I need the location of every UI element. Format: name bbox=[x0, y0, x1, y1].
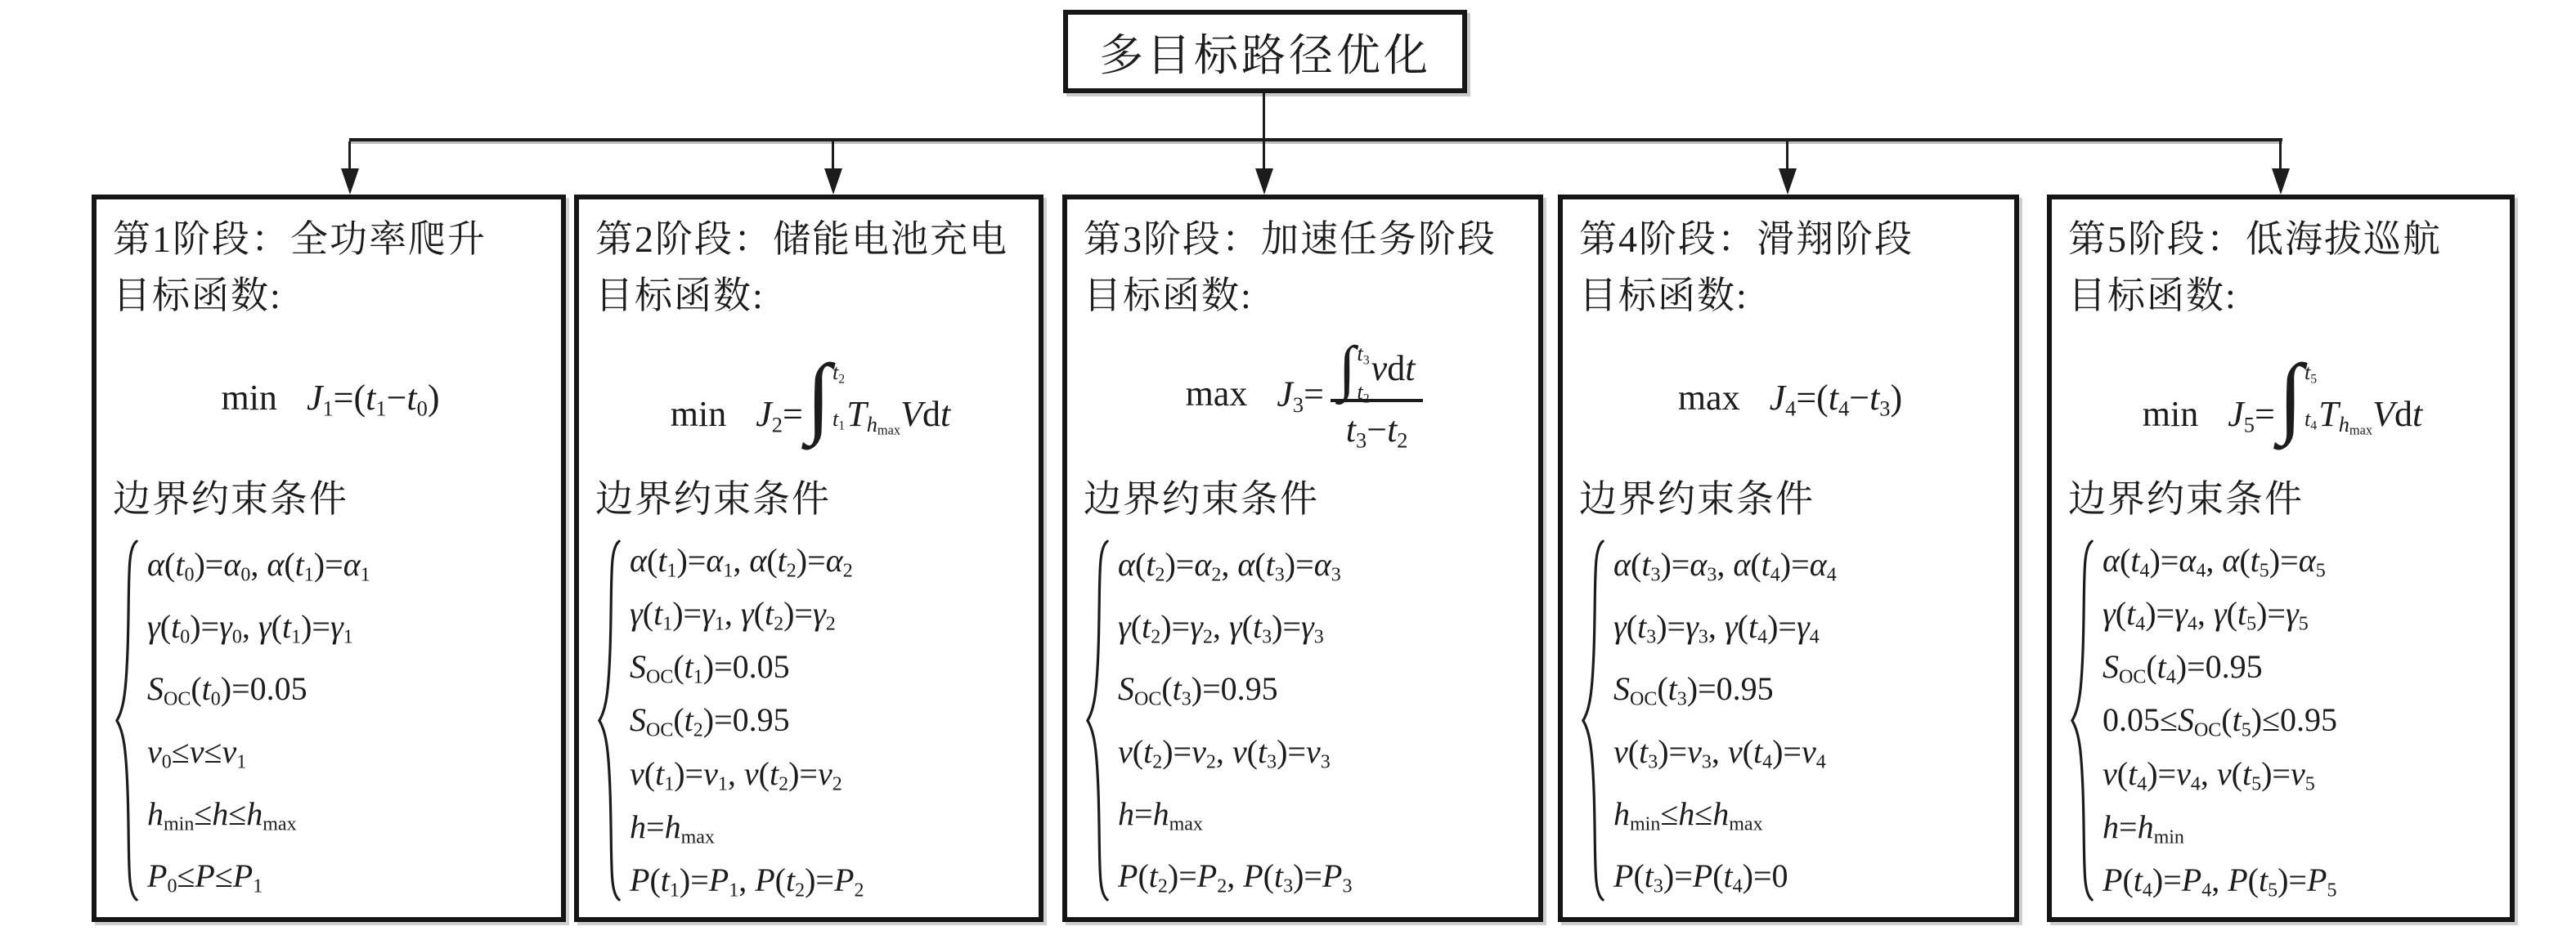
constraint-line: SOC(t0)=0.05 bbox=[147, 671, 548, 707]
stage-1-box: 第1阶段：全功率爬升 目标函数: minJ1=(t1−t0) 边界约束条件 α(… bbox=[92, 195, 566, 922]
constraint-line: P(t3)=P(t4)=0 bbox=[1613, 858, 2001, 894]
connector-line-4 bbox=[1786, 141, 1788, 171]
left-brace-icon bbox=[1084, 534, 1111, 907]
stage-2-title: 第2阶段：储能电池充电 bbox=[595, 211, 1025, 267]
stage-5-box: 第5阶段：低海拔巡航 目标函数: minJ5=∫t5t4ThmaxVdt 边界约… bbox=[2047, 195, 2515, 922]
constraint-line: α(t0)=α0, α(t1)=α1 bbox=[147, 547, 548, 583]
connector-horizontal-line bbox=[349, 138, 2282, 141]
constraint-line: v0≤v≤v1 bbox=[147, 734, 548, 770]
down-arrow-icon bbox=[1255, 168, 1273, 195]
left-brace-icon bbox=[1579, 534, 1607, 907]
stage-5-constraints-label: 边界约束条件 bbox=[2068, 471, 2497, 527]
stage-4-box: 第4阶段：滑翔阶段 目标函数: maxJ4=(t4−t3) 边界约束条件 α(t… bbox=[1558, 195, 2019, 922]
stage-1-objective-label: 目标函数: bbox=[113, 267, 548, 324]
constraint-line: hmin≤h≤hmax bbox=[1613, 796, 2001, 832]
stage-2-constraints-label: 边界约束条件 bbox=[595, 471, 1025, 527]
stage-5-objective-label: 目标函数: bbox=[2068, 267, 2497, 324]
stage-2-constraints-list: α(t1)=α1, α(t2)=α2 γ(t1)=γ1, γ(t2)=γ2 SO… bbox=[630, 534, 1025, 907]
constraint-line: α(t3)=α3, α(t4)=α4 bbox=[1613, 547, 2001, 583]
constraint-line: SOC(t3)=0.95 bbox=[1613, 671, 2001, 707]
constraint-line: γ(t0)=γ0, γ(t1)=γ1 bbox=[147, 609, 548, 645]
constraint-line: h=hmax bbox=[630, 809, 1025, 845]
constraint-line: γ(t3)=γ3, γ(t4)=γ4 bbox=[1613, 609, 2001, 645]
down-arrow-icon bbox=[1779, 168, 1797, 195]
constraint-line: SOC(t1)=0.05 bbox=[630, 649, 1025, 685]
constraint-line: α(t2)=α2, α(t3)=α3 bbox=[1118, 547, 1525, 583]
stage-3-title: 第3阶段：加速任务阶段 bbox=[1084, 211, 1525, 267]
constraint-line: SOC(t3)=0.95 bbox=[1118, 671, 1525, 707]
constraint-line: γ(t1)=γ1, γ(t2)=γ2 bbox=[630, 596, 1025, 632]
constraint-line: v(t2)=v2, v(t3)=v3 bbox=[1118, 734, 1525, 770]
stage-1-constraints-list: α(t0)=α0, α(t1)=α1 γ(t0)=γ0, γ(t1)=γ1 SO… bbox=[147, 534, 548, 907]
constraint-line: 0.05≤SOC(t5)≤0.95 bbox=[2103, 702, 2497, 738]
stage-4-constraints-list: α(t3)=α3, α(t4)=α4 γ(t3)=γ3, γ(t4)=γ4 SO… bbox=[1613, 534, 2001, 907]
connector-line-3 bbox=[1263, 141, 1265, 171]
stage-4-objective-formula: maxJ4=(t4−t3) bbox=[1678, 377, 1902, 419]
flowchart-canvas: 多目标路径优化 第1阶段：全功率爬升 目标函数: minJ1=(t1−t0) 边… bbox=[0, 0, 2576, 931]
constraint-line: h=hmax bbox=[1118, 796, 1525, 832]
constraint-line: v(t1)=v1, v(t2)=v2 bbox=[630, 756, 1025, 792]
stage-3-objective-formula: maxJ3=∫t3t2vdtt3−t2 bbox=[1186, 344, 1424, 451]
stage-4-objective-label: 目标函数: bbox=[1579, 267, 2001, 324]
constraint-line: γ(t2)=γ2, γ(t3)=γ3 bbox=[1118, 609, 1525, 645]
stage-1-constraints-label: 边界约束条件 bbox=[113, 471, 548, 527]
down-arrow-icon bbox=[824, 168, 842, 195]
constraint-line: γ(t4)=γ4, γ(t5)=γ5 bbox=[2103, 596, 2497, 632]
stage-5-constraints-list: α(t4)=α4, α(t5)=α5 γ(t4)=γ4, γ(t5)=γ5 SO… bbox=[2103, 534, 2497, 907]
stage-4-constraints-label: 边界约束条件 bbox=[1579, 471, 2001, 527]
connector-line-2 bbox=[832, 141, 834, 171]
constraint-line: SOC(t2)=0.95 bbox=[630, 702, 1025, 738]
stage-2-box: 第2阶段：储能电池充电 目标函数: minJ2=∫t2t1ThmaxVdt 边界… bbox=[574, 195, 1043, 922]
connector-line-5 bbox=[2279, 141, 2282, 171]
constraint-line: P(t4)=P4, P(t5)=P5 bbox=[2103, 862, 2497, 898]
constraint-line: h=hmin bbox=[2103, 809, 2497, 845]
stage-2-objective-formula: minJ2=∫t2t1ThmaxVdt bbox=[671, 360, 950, 435]
root-node-box: 多目标路径优化 bbox=[1063, 10, 1467, 93]
left-brace-icon bbox=[2068, 534, 2096, 907]
stage-5-objective-formula: minJ5=∫t5t4ThmaxVdt bbox=[2143, 360, 2422, 435]
constraint-line: SOC(t4)=0.95 bbox=[2103, 649, 2497, 685]
connector-stem bbox=[1263, 93, 1265, 141]
stage-5-title: 第5阶段：低海拔巡航 bbox=[2068, 211, 2497, 267]
constraint-line: P(t2)=P2, P(t3)=P3 bbox=[1118, 858, 1525, 894]
down-arrow-icon bbox=[2272, 168, 2290, 195]
stage-1-title: 第1阶段：全功率爬升 bbox=[113, 211, 548, 267]
stage-2-objective-label: 目标函数: bbox=[595, 267, 1025, 324]
left-brace-icon bbox=[113, 534, 141, 907]
constraint-line: hmin≤h≤hmax bbox=[147, 796, 548, 832]
stage-3-constraints-list: α(t2)=α2, α(t3)=α3 γ(t2)=γ2, γ(t3)=γ3 SO… bbox=[1118, 534, 1525, 907]
constraint-line: P0≤P≤P1 bbox=[147, 858, 548, 894]
constraint-line: α(t1)=α1, α(t2)=α2 bbox=[630, 543, 1025, 579]
constraint-line: v(t4)=v4, v(t5)=v5 bbox=[2103, 756, 2497, 792]
stage-4-title: 第4阶段：滑翔阶段 bbox=[1579, 211, 2001, 267]
left-brace-icon bbox=[595, 534, 623, 907]
stage-3-box: 第3阶段：加速任务阶段 目标函数: maxJ3=∫t3t2vdtt3−t2 边界… bbox=[1062, 195, 1543, 922]
connector-line-1 bbox=[348, 141, 351, 171]
stage-3-constraints-label: 边界约束条件 bbox=[1084, 471, 1525, 527]
stage-3-objective-label: 目标函数: bbox=[1084, 267, 1525, 324]
constraint-line: v(t3)=v3, v(t4)=v4 bbox=[1613, 734, 2001, 770]
constraint-line: P(t1)=P1, P(t2)=P2 bbox=[630, 862, 1025, 898]
root-node-title: 多目标路径优化 bbox=[1099, 20, 1431, 83]
stage-1-objective-formula: minJ1=(t1−t0) bbox=[221, 377, 439, 419]
down-arrow-icon bbox=[341, 168, 359, 195]
constraint-line: α(t4)=α4, α(t5)=α5 bbox=[2103, 543, 2497, 579]
